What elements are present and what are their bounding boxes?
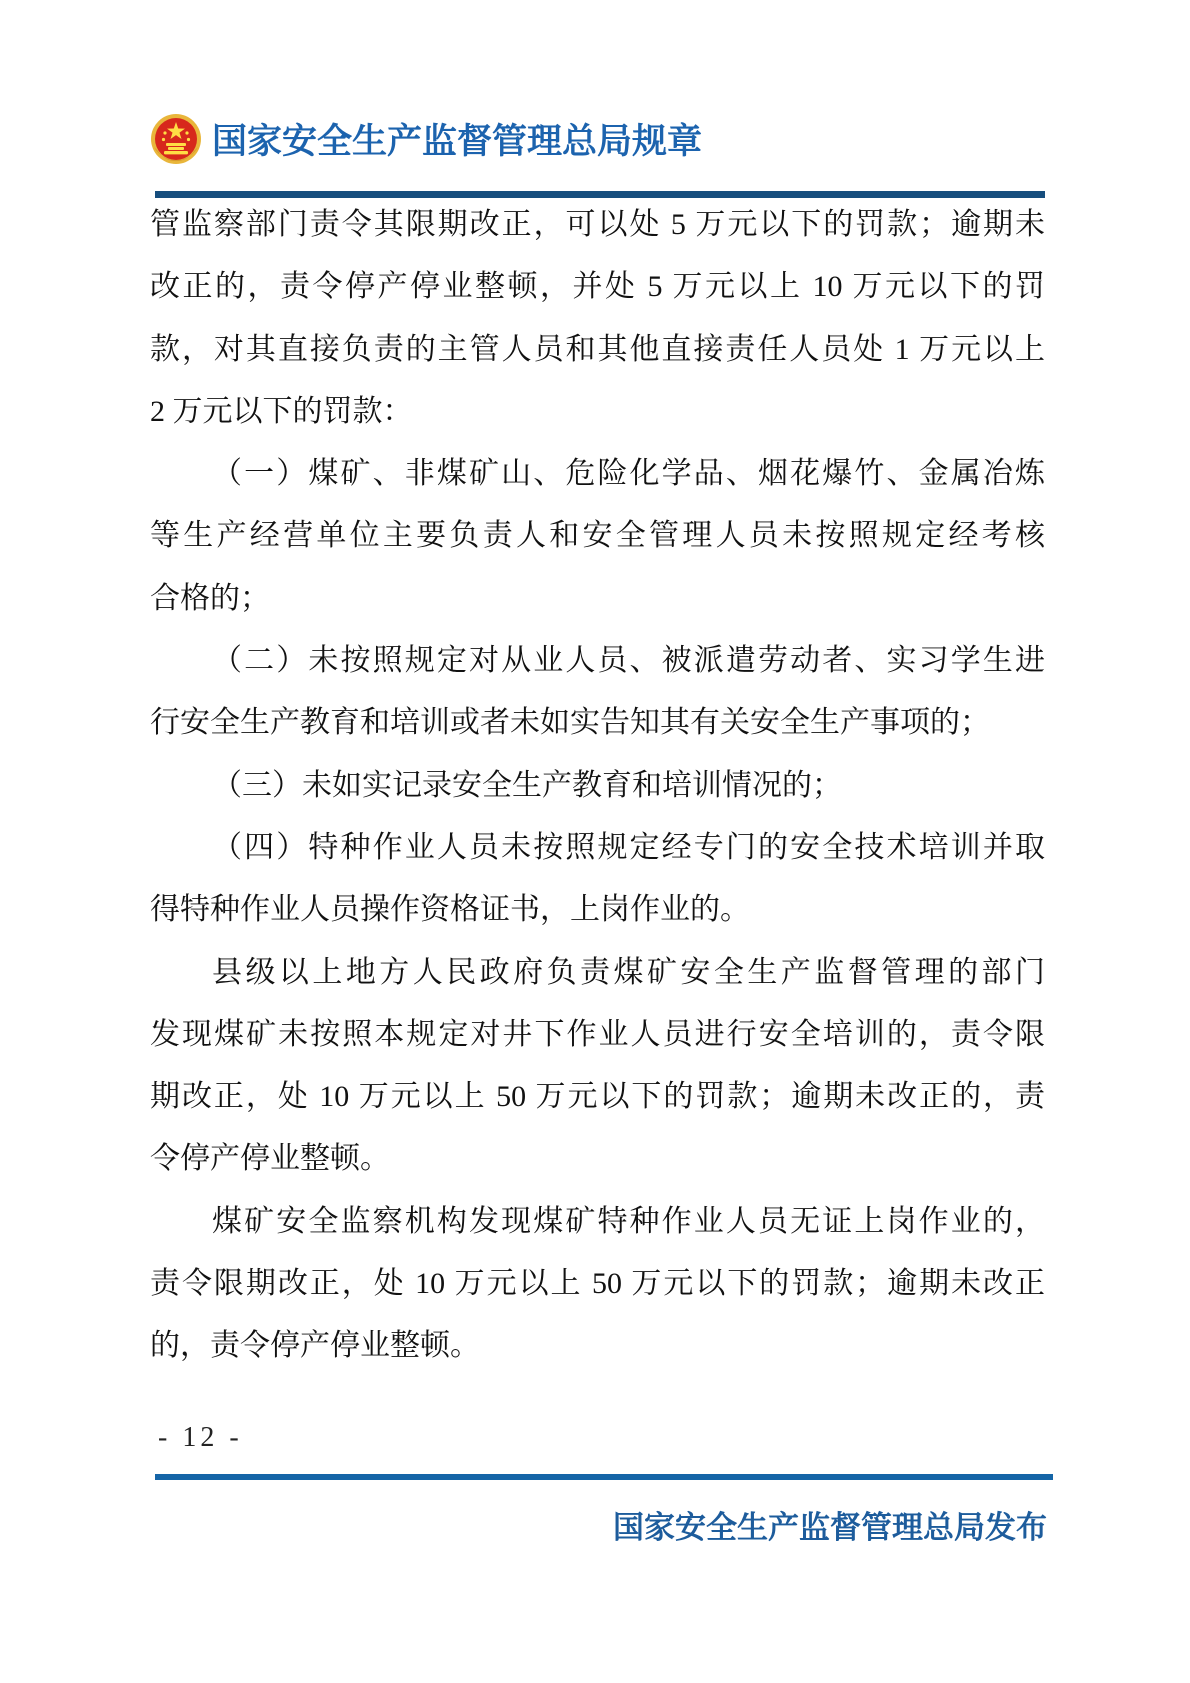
text-line: （三）未如实记录安全生产教育和培训情况的； <box>150 755 1045 817</box>
text-line: 煤矿安全监察机构发现煤矿特种作业人员无证上岗作业的， <box>150 1191 1045 1253</box>
page-number: - 12 - <box>158 1422 243 1454</box>
text-line: 2 万元以下的罚款： <box>150 381 1045 443</box>
text-line: （一）煤矿、非煤矿山、危险化学品、烟花爆竹、金属冶炼 <box>150 443 1045 505</box>
document-page: 国家安全生产监督管理总局规章 管监察部门责令其限期改正，可以处 5 万元以下的罚… <box>0 0 1190 1683</box>
text-line: 县级以上地方人民政府负责煤矿安全生产监督管理的部门 <box>150 942 1045 1004</box>
text-line: 合格的； <box>150 568 1045 630</box>
text-line: 等生产经营单位主要负责人和安全管理人员未按照规定经考核 <box>150 505 1045 567</box>
text-line: 的，责令停产停业整顿。 <box>150 1315 1045 1377</box>
text-line: （二）未按照规定对从业人员、被派遣劳动者、实习学生进 <box>150 630 1045 692</box>
text-line: （四）特种作业人员未按照规定经专门的安全技术培训并取 <box>150 817 1045 879</box>
text-line: 行安全生产教育和培训或者未如实告知其有关安全生产事项的； <box>150 692 1045 754</box>
publisher-label: 国家安全生产监督管理总局发布 <box>613 1502 1047 1547</box>
text-line: 款，对其直接负责的主管人员和其他直接责任人员处 1 万元以上 <box>150 319 1045 381</box>
text-line: 令停产停业整顿。 <box>150 1128 1045 1190</box>
text-line: 改正的，责令停产停业整顿，并处 5 万元以上 10 万元以下的罚 <box>150 256 1045 318</box>
footer-divider <box>155 1474 1053 1480</box>
china-national-emblem-icon <box>150 113 202 165</box>
text-line: 管监察部门责令其限期改正，可以处 5 万元以下的罚款；逾期未 <box>150 194 1045 256</box>
document-body: 管监察部门责令其限期改正，可以处 5 万元以下的罚款；逾期未改正的，责令停产停业… <box>150 194 1045 1378</box>
text-line: 发现煤矿未按照本规定对井下作业人员进行安全培训的，责令限 <box>150 1004 1045 1066</box>
page-title: 国家安全生产监督管理总局规章 <box>212 114 702 164</box>
text-line: 责令限期改正，处 10 万元以上 50 万元以下的罚款；逾期未改正 <box>150 1253 1045 1315</box>
text-line: 得特种作业人员操作资格证书，上岗作业的。 <box>150 879 1045 941</box>
page-header: 国家安全生产监督管理总局规章 <box>150 113 702 165</box>
text-line: 期改正，处 10 万元以上 50 万元以下的罚款；逾期未改正的，责 <box>150 1066 1045 1128</box>
